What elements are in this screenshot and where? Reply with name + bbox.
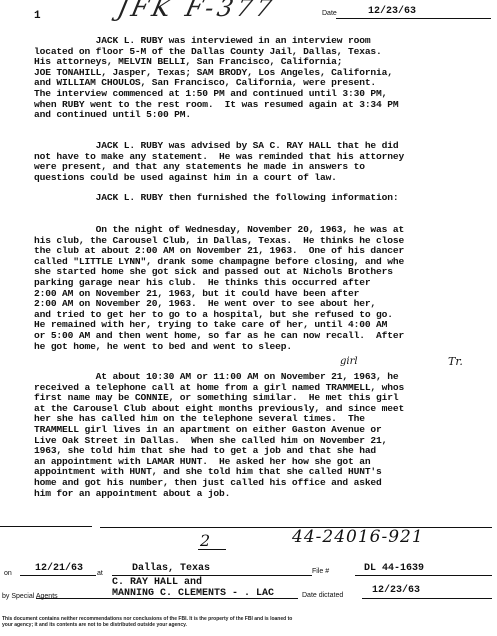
fbi-disclaimer-footer: This document contains neither recommend…: [2, 616, 496, 628]
agents-underline: [36, 598, 298, 599]
handwritten-annotation-tr: Tr.: [448, 355, 463, 368]
separator-rule-left: [0, 526, 92, 527]
paragraph-interview-setting: JACK L. RUBY was interviewed in an inter…: [34, 36, 492, 121]
interview-date-value: 12/21/63: [35, 563, 83, 574]
file-number-value: DL 44-1639: [364, 563, 424, 574]
at-label: at: [97, 570, 103, 577]
date-value: 12/23/63: [368, 6, 416, 17]
handwritten-page-mark: 2: [200, 531, 210, 550]
file-underline: [355, 575, 492, 576]
page-number: 1: [34, 10, 41, 22]
date-label: Date: [322, 10, 337, 17]
location-value: Dallas, Texas: [132, 563, 210, 574]
at-underline: [112, 575, 312, 576]
paragraph-intro: JACK L. RUBY then furnished the followin…: [34, 193, 492, 204]
paragraph-trammell-call: At about 10:30 AM or 11:00 AM on Novembe…: [34, 372, 492, 499]
date-underline: [336, 18, 491, 19]
on-label: on: [4, 570, 12, 577]
on-underline: [20, 575, 96, 576]
date-dictated-underline: [362, 598, 492, 599]
paragraph-night-nov-20: On the night of Wednesday, November 20, …: [34, 225, 492, 352]
handwritten-annotation-girl: girl: [340, 356, 358, 367]
agent-line-1: C. RAY HALL and: [112, 577, 274, 588]
date-dictated-label: Date dictated: [302, 592, 343, 599]
disclaimer-line-2: your agency; it and its contents are not…: [2, 622, 496, 628]
handwritten-stamp: JFK F-377: [115, 0, 278, 22]
handwritten-serial-number: 44-24016-921: [292, 527, 424, 547]
paragraph-advisement: JACK L. RUBY was advised by SA C. RAY HA…: [34, 141, 492, 183]
date-dictated-value: 12/23/63: [372, 585, 420, 596]
file-label: File #: [312, 568, 329, 575]
page-mark-underline: [198, 549, 226, 550]
special-agents-value: C. RAY HALL and MANNING C. CLEMENTS - . …: [112, 577, 274, 599]
